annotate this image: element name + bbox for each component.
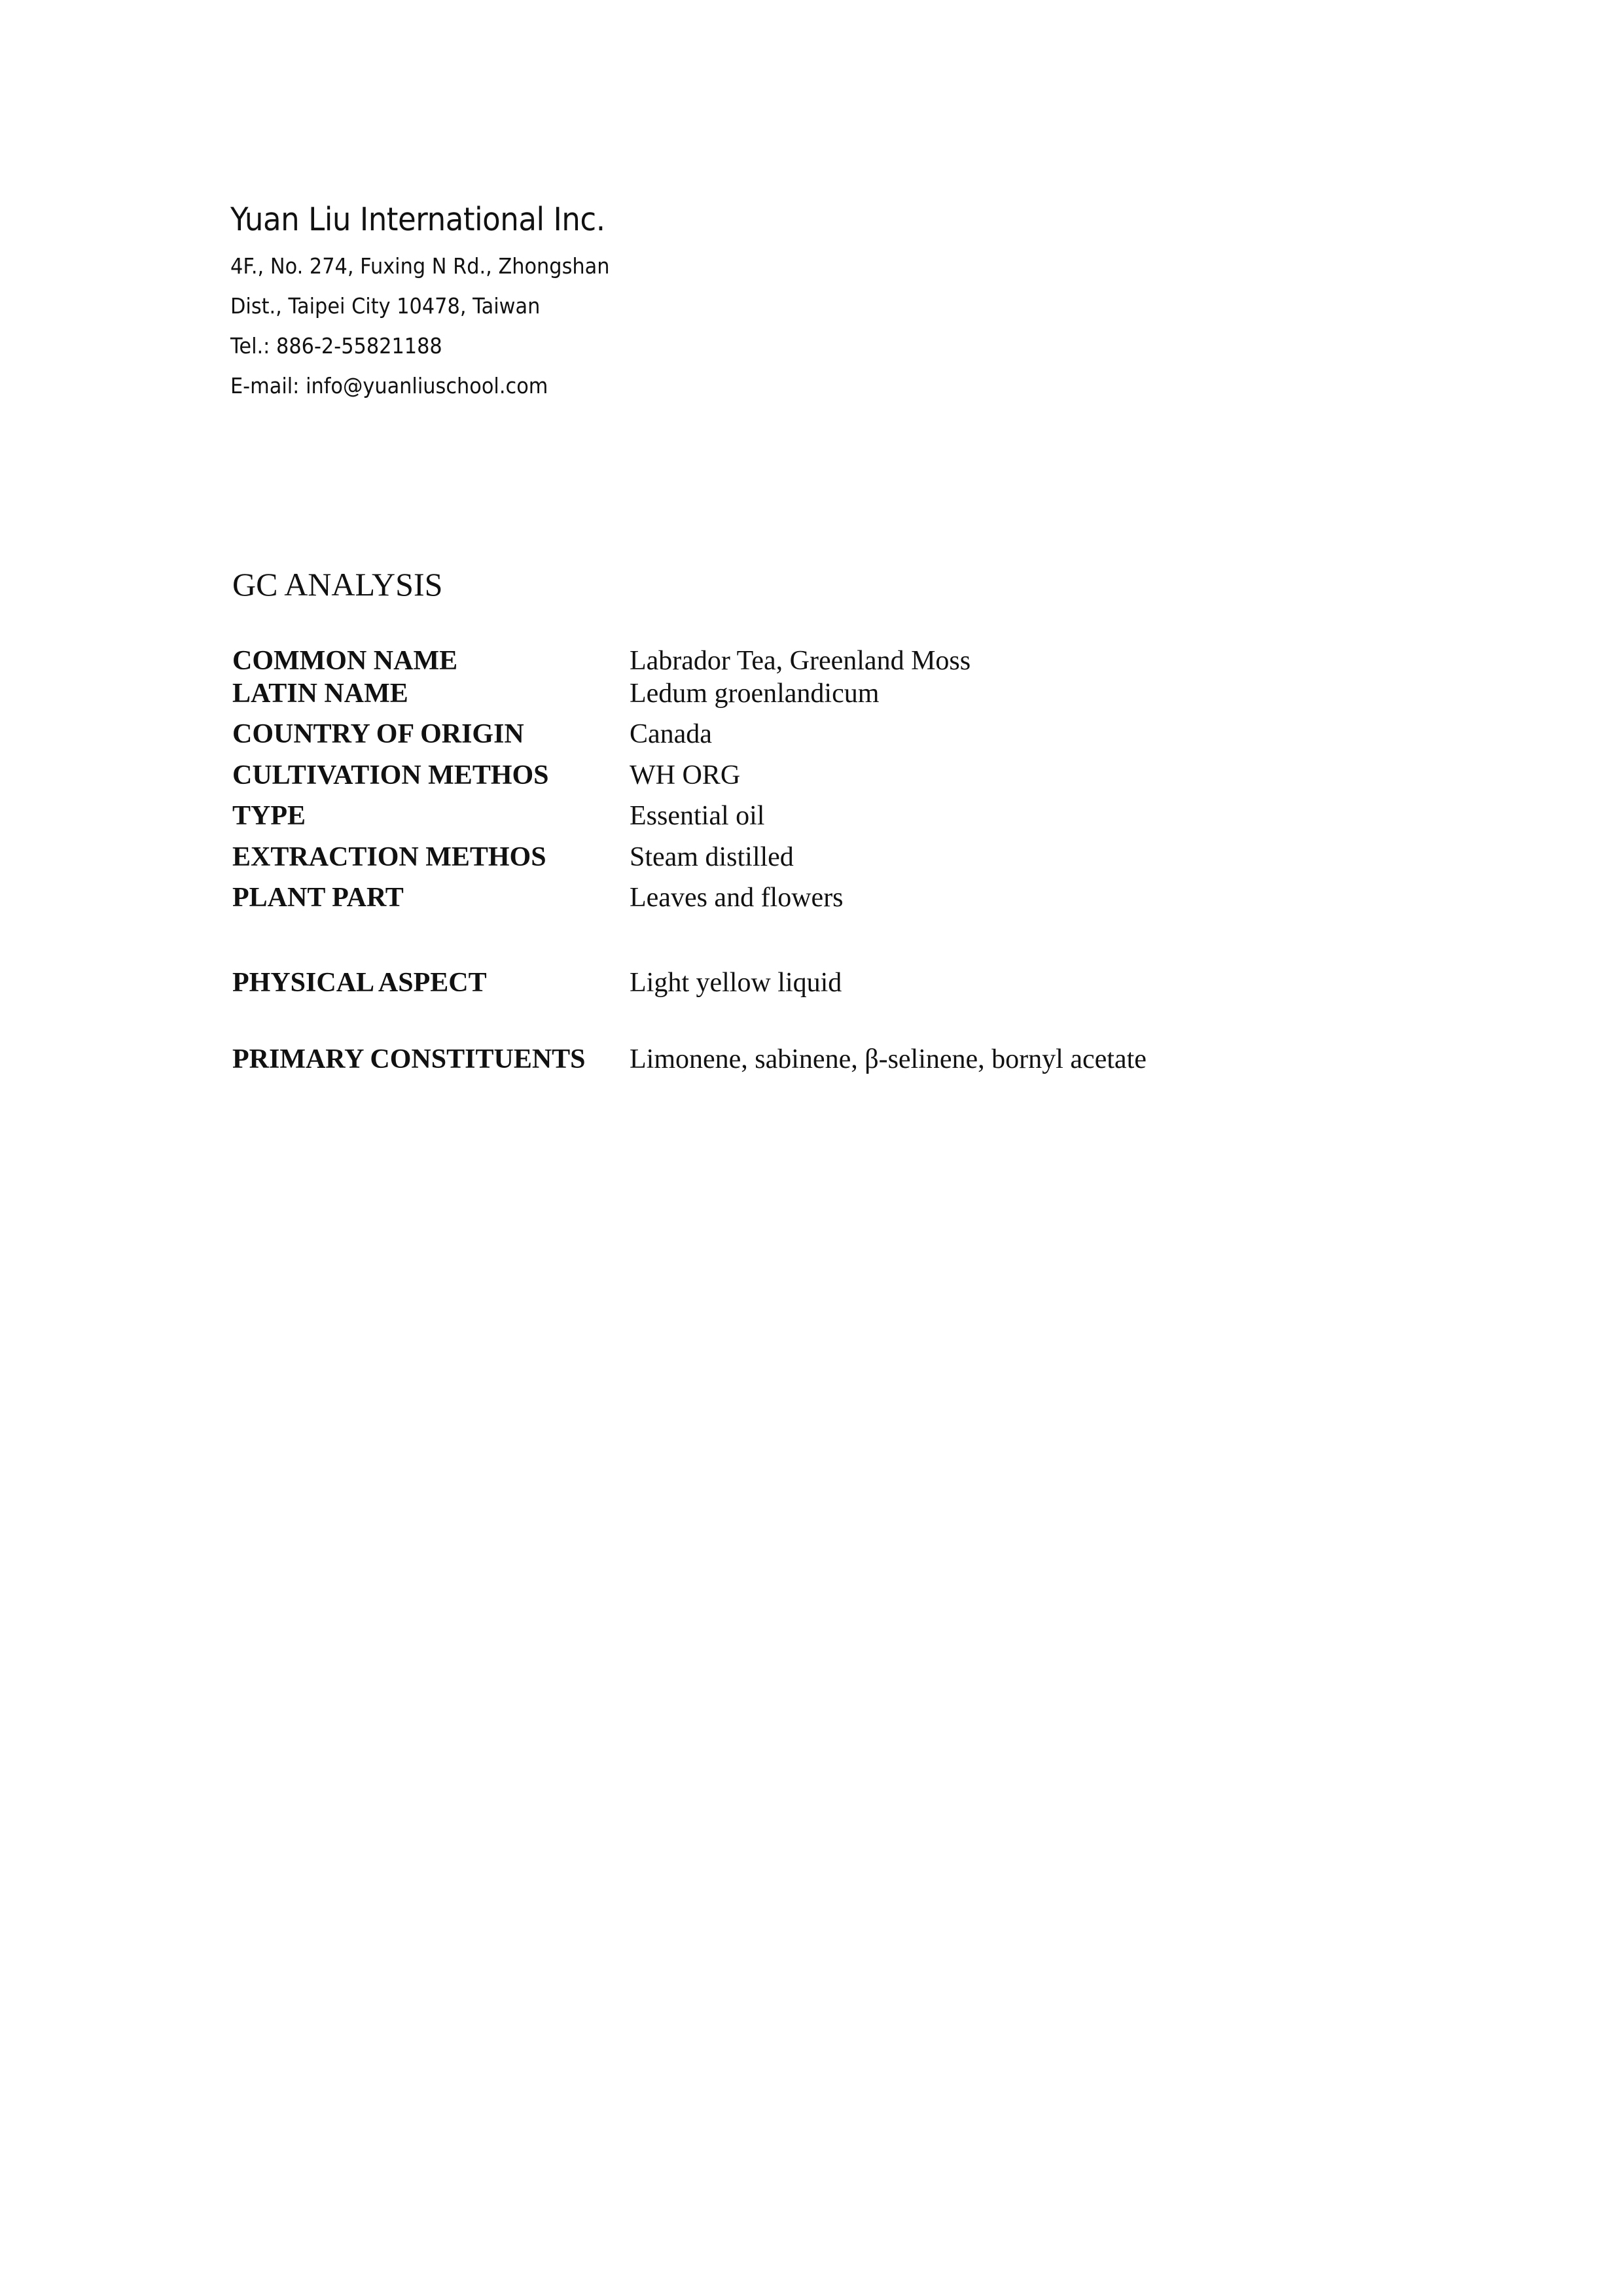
document-page: Yuan Liu International Inc. 4F., No. 274… <box>0 0 1623 2296</box>
spec-value: WH ORG <box>630 757 740 794</box>
company-name: Yuan Liu International Inc. <box>230 194 609 246</box>
spec-label: EXTRACTION METHOS <box>232 839 546 875</box>
spec-value: Essential oil <box>630 798 764 834</box>
spec-value: Leaves and flowers <box>630 879 844 916</box>
spec-value: Canada <box>630 716 712 752</box>
spec-value: Labrador Tea, Greenland Moss <box>630 643 971 679</box>
company-address-line-2: Dist., Taipei City 10478, Taiwan <box>230 286 609 326</box>
section-title: GC ANALYSIS <box>232 561 442 607</box>
spec-value: Steam distilled <box>630 839 794 875</box>
spec-label: TYPE <box>232 798 306 834</box>
spec-label: PHYSICAL ASPECT <box>232 964 487 1001</box>
spec-label: COMMON NAME <box>232 643 457 679</box>
spec-value: Light yellow liquid <box>630 964 842 1001</box>
spec-label: LATIN NAME <box>232 675 408 712</box>
company-header: Yuan Liu International Inc. 4F., No. 274… <box>230 194 643 406</box>
spec-label: PRIMARY CONSTITUENTS <box>232 1041 586 1078</box>
spec-label: COUNTRY OF ORIGIN <box>232 716 524 752</box>
spec-label: PLANT PART <box>232 879 404 916</box>
spec-value: Limonene, sabinene, β-selinene, bornyl a… <box>630 1041 1147 1078</box>
company-address-line-1: 4F., No. 274, Fuxing N Rd., Zhongshan <box>230 246 609 286</box>
company-telephone: Tel.: 886-2-55821188 <box>230 326 609 366</box>
spec-value: Ledum groenlandicum <box>630 675 879 712</box>
spec-label: CULTIVATION METHOS <box>232 757 549 794</box>
company-email: E-mail: info@yuanliuschool.com <box>230 366 609 406</box>
